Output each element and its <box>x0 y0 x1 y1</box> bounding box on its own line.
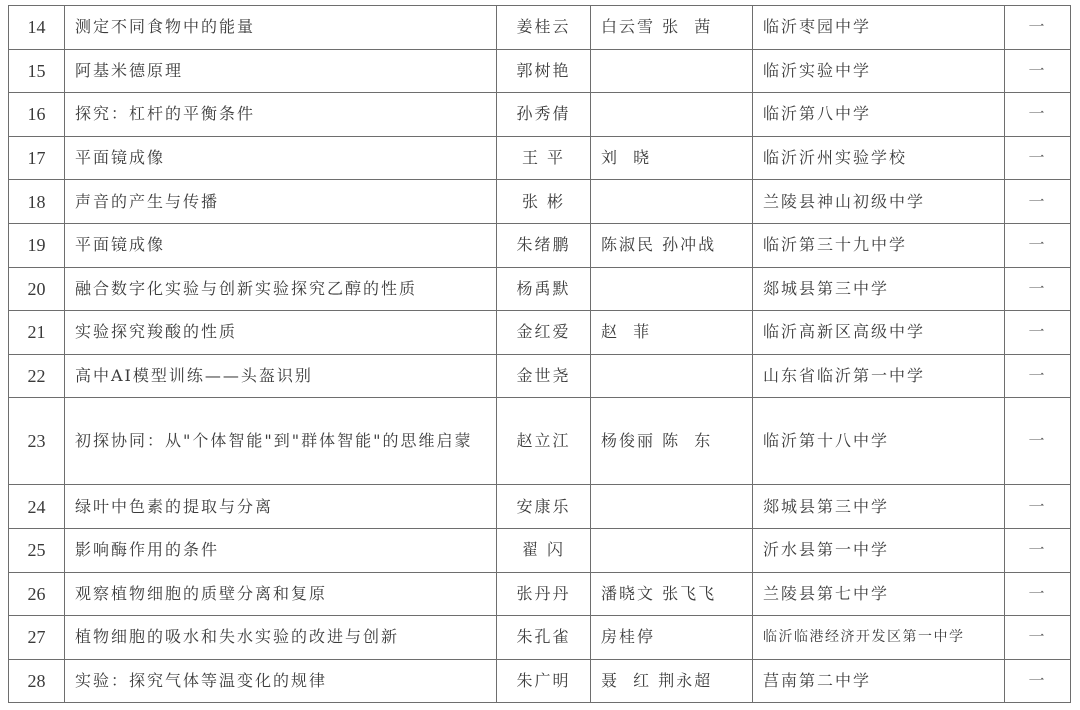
school-name: 兰陵县第七中学 <box>753 572 1005 616</box>
school-name: 临沂第三十九中学 <box>753 223 1005 267</box>
author-name: 朱广明 <box>497 659 591 703</box>
coauthor-names <box>591 528 753 572</box>
table-row: 19 平面镜成像 朱绪鹏 陈淑民 孙冲战 临沂第三十九中学 一 <box>9 223 1071 267</box>
row-number: 21 <box>9 311 65 355</box>
coauthor-names: 赵 菲 <box>591 311 753 355</box>
coauthor-names: 聂 红 荆永超 <box>591 659 753 703</box>
coauthor-names: 潘晓文 张飞飞 <box>591 572 753 616</box>
author-name: 朱绪鹏 <box>497 223 591 267</box>
row-number: 24 <box>9 485 65 529</box>
project-title: 测定不同食物中的能量 <box>65 6 497 50</box>
project-title: 绿叶中色素的提取与分离 <box>65 485 497 529</box>
coauthor-names <box>591 354 753 398</box>
award-level: 一 <box>1005 6 1071 50</box>
project-title: 实验：探究气体等温变化的规律 <box>65 659 497 703</box>
award-list-table: 14 测定不同食物中的能量 姜桂云 白云雪 张 茜 临沂枣园中学 一 15 阿基… <box>8 5 1071 703</box>
award-level: 一 <box>1005 354 1071 398</box>
school-name: 沂水县第一中学 <box>753 528 1005 572</box>
coauthor-names <box>591 93 753 137</box>
award-level: 一 <box>1005 93 1071 137</box>
coauthor-names: 刘 晓 <box>591 136 753 180</box>
row-number: 15 <box>9 49 65 93</box>
award-level: 一 <box>1005 572 1071 616</box>
table-row: 18 声音的产生与传播 张 彬 兰陵县神山初级中学 一 <box>9 180 1071 224</box>
row-number: 22 <box>9 354 65 398</box>
school-name: 临沂高新区高级中学 <box>753 311 1005 355</box>
author-name: 安康乐 <box>497 485 591 529</box>
table-row: 16 探究：杠杆的平衡条件 孙秀倩 临沂第八中学 一 <box>9 93 1071 137</box>
project-title: 平面镜成像 <box>65 136 497 180</box>
coauthor-names <box>591 180 753 224</box>
award-list-table-container: 14 测定不同食物中的能量 姜桂云 白云雪 张 茜 临沂枣园中学 一 15 阿基… <box>8 5 1070 703</box>
project-title: 声音的产生与传播 <box>65 180 497 224</box>
coauthor-names <box>591 49 753 93</box>
award-level: 一 <box>1005 267 1071 311</box>
project-title: 植物细胞的吸水和失水实验的改进与创新 <box>65 616 497 660</box>
coauthor-names: 陈淑民 孙冲战 <box>591 223 753 267</box>
project-title: 实验探究羧酸的性质 <box>65 311 497 355</box>
award-level: 一 <box>1005 398 1071 485</box>
table-row: 17 平面镜成像 王 平 刘 晓 临沂沂州实验学校 一 <box>9 136 1071 180</box>
table-row: 23 初探协同：从"个体智能"到"群体智能"的思维启蒙 赵立江 杨俊丽 陈 东 … <box>9 398 1071 485</box>
project-title: 融合数字化实验与创新实验探究乙醇的性质 <box>65 267 497 311</box>
author-name: 张丹丹 <box>497 572 591 616</box>
coauthor-names: 杨俊丽 陈 东 <box>591 398 753 485</box>
row-number: 25 <box>9 528 65 572</box>
award-level: 一 <box>1005 311 1071 355</box>
author-name: 杨禹默 <box>497 267 591 311</box>
author-name: 孙秀倩 <box>497 93 591 137</box>
project-title: 影响酶作用的条件 <box>65 528 497 572</box>
author-name: 朱孔雀 <box>497 616 591 660</box>
award-level: 一 <box>1005 136 1071 180</box>
project-title: 探究：杠杆的平衡条件 <box>65 93 497 137</box>
school-name: 临沂第八中学 <box>753 93 1005 137</box>
school-name: 临沂枣园中学 <box>753 6 1005 50</box>
award-level: 一 <box>1005 180 1071 224</box>
author-name: 翟 闪 <box>497 528 591 572</box>
award-level: 一 <box>1005 223 1071 267</box>
row-number: 14 <box>9 6 65 50</box>
author-name: 金红爱 <box>497 311 591 355</box>
row-number: 16 <box>9 93 65 137</box>
author-name: 金世尧 <box>497 354 591 398</box>
project-title: 初探协同：从"个体智能"到"群体智能"的思维启蒙 <box>65 398 497 485</box>
row-number: 18 <box>9 180 65 224</box>
row-number: 27 <box>9 616 65 660</box>
school-name: 临沂实验中学 <box>753 49 1005 93</box>
project-title: 观察植物细胞的质壁分离和复原 <box>65 572 497 616</box>
award-level: 一 <box>1005 616 1071 660</box>
award-level: 一 <box>1005 485 1071 529</box>
table-row: 28 实验：探究气体等温变化的规律 朱广明 聂 红 荆永超 莒南第二中学 一 <box>9 659 1071 703</box>
row-number: 19 <box>9 223 65 267</box>
row-number: 28 <box>9 659 65 703</box>
coauthor-names <box>591 267 753 311</box>
row-number: 17 <box>9 136 65 180</box>
school-name: 临沂沂州实验学校 <box>753 136 1005 180</box>
author-name: 姜桂云 <box>497 6 591 50</box>
table-row: 15 阿基米德原理 郭树艳 临沂实验中学 一 <box>9 49 1071 93</box>
school-name: 莒南第二中学 <box>753 659 1005 703</box>
table-row: 24 绿叶中色素的提取与分离 安康乐 郯城县第三中学 一 <box>9 485 1071 529</box>
row-number: 20 <box>9 267 65 311</box>
author-name: 郭树艳 <box>497 49 591 93</box>
project-title: 平面镜成像 <box>65 223 497 267</box>
author-name: 王 平 <box>497 136 591 180</box>
school-name: 郯城县第三中学 <box>753 485 1005 529</box>
award-level: 一 <box>1005 49 1071 93</box>
school-name: 山东省临沂第一中学 <box>753 354 1005 398</box>
project-title: 阿基米德原理 <box>65 49 497 93</box>
project-title: 高中AI模型训练——头盔识别 <box>65 354 497 398</box>
table-row: 20 融合数字化实验与创新实验探究乙醇的性质 杨禹默 郯城县第三中学 一 <box>9 267 1071 311</box>
coauthor-names: 白云雪 张 茜 <box>591 6 753 50</box>
author-name: 张 彬 <box>497 180 591 224</box>
coauthor-names <box>591 485 753 529</box>
table-row: 26 观察植物细胞的质壁分离和复原 张丹丹 潘晓文 张飞飞 兰陵县第七中学 一 <box>9 572 1071 616</box>
table-row: 27 植物细胞的吸水和失水实验的改进与创新 朱孔雀 房桂停 临沂临港经济开发区第… <box>9 616 1071 660</box>
school-name: 临沂第十八中学 <box>753 398 1005 485</box>
table-row: 25 影响酶作用的条件 翟 闪 沂水县第一中学 一 <box>9 528 1071 572</box>
school-name: 临沂临港经济开发区第一中学 <box>753 616 1005 660</box>
coauthor-names: 房桂停 <box>591 616 753 660</box>
row-number: 26 <box>9 572 65 616</box>
award-level: 一 <box>1005 528 1071 572</box>
author-name: 赵立江 <box>497 398 591 485</box>
school-name: 郯城县第三中学 <box>753 267 1005 311</box>
school-name: 兰陵县神山初级中学 <box>753 180 1005 224</box>
row-number: 23 <box>9 398 65 485</box>
table-row: 14 测定不同食物中的能量 姜桂云 白云雪 张 茜 临沂枣园中学 一 <box>9 6 1071 50</box>
table-row: 22 高中AI模型训练——头盔识别 金世尧 山东省临沂第一中学 一 <box>9 354 1071 398</box>
award-level: 一 <box>1005 659 1071 703</box>
table-row: 21 实验探究羧酸的性质 金红爱 赵 菲 临沂高新区高级中学 一 <box>9 311 1071 355</box>
